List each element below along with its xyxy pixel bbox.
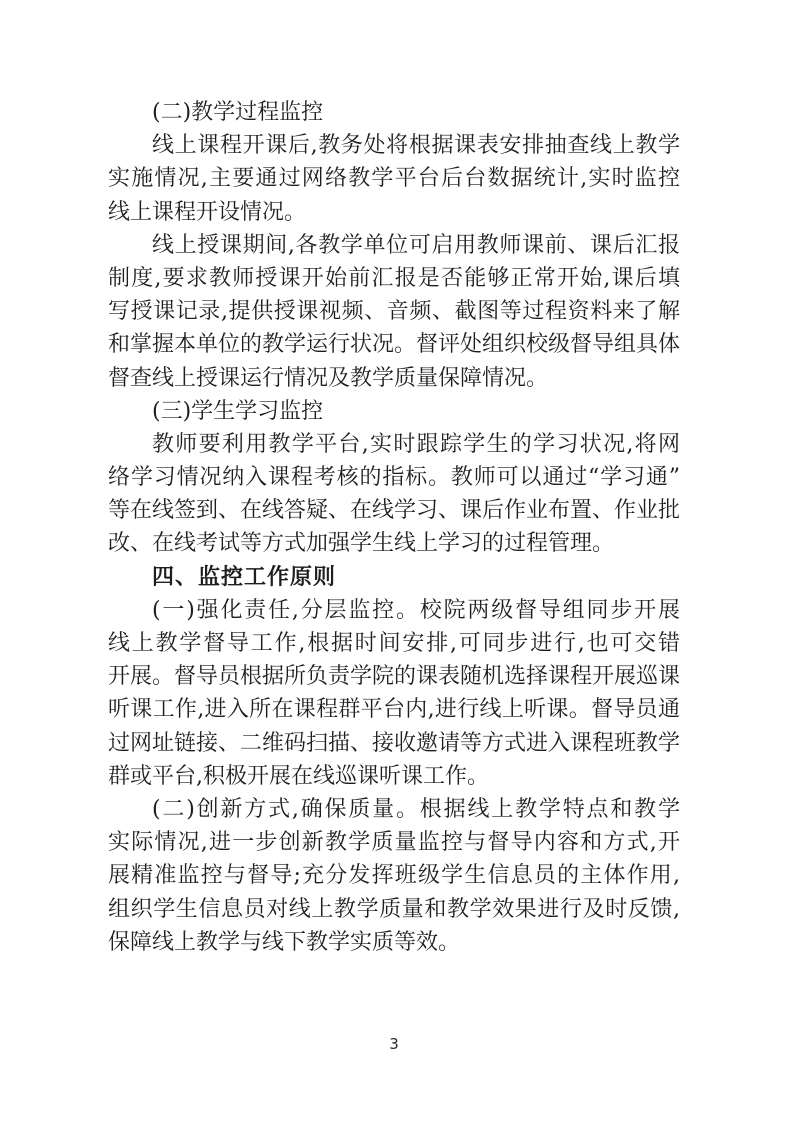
document-page: (二)教学过程监控线上课程开课后,教务处将根据课表安排抽查线上教学实施情况,主要… <box>0 0 793 1122</box>
body-paragraph-line: 络学习情况纳入课程考核的指标。教师可以通过“学习通” <box>108 461 680 494</box>
section-heading-4-line: 四、监控工作原则 <box>108 561 680 594</box>
body-paragraph-line: (一)强化责任,分层监控。校院两级督导组同步开展 <box>108 594 680 627</box>
body-paragraph-line: 听课工作,进入所在课程群平台内,进行线上听课。督导员通 <box>108 693 680 726</box>
subheading-3-line: (三)学生学习监控 <box>108 395 680 428</box>
body-paragraph-line: 过网址链接、二维码扫描、接收邀请等方式进入课程班教学 <box>108 727 680 760</box>
body-paragraph-line: (二)创新方式,确保质量。根据线上教学特点和教学 <box>108 793 680 826</box>
body-paragraph-line: 实施情况,主要通过网络教学平台后台数据统计,实时监控 <box>108 162 680 195</box>
subheading-2-line: (二)教学过程监控 <box>108 96 680 129</box>
document-body: (二)教学过程监控线上课程开课后,教务处将根据课表安排抽查线上教学实施情况,主要… <box>108 96 680 959</box>
body-paragraph-line: 线上授课期间,各教学单位可启用教师课前、课后汇报 <box>108 229 680 262</box>
body-paragraph-line: 线上教学督导工作,根据时间安排,可同步进行,也可交错 <box>108 627 680 660</box>
body-paragraph-line: 线上课程开课后,教务处将根据课表安排抽查线上教学 <box>108 129 680 162</box>
body-paragraph-line: 教师要利用教学平台,实时跟踪学生的学习状况,将网 <box>108 428 680 461</box>
page-number-footer: 3 <box>108 1034 680 1054</box>
body-paragraph-line: 展精准监控与督导;充分发挥班级学生信息员的主体作用, <box>108 859 680 892</box>
body-paragraph-line: 等在线签到、在线答疑、在线学习、课后作业布置、作业批 <box>108 494 680 527</box>
body-paragraph-line: 写授课记录,提供授课视频、音频、截图等过程资料来了解 <box>108 295 680 328</box>
body-paragraph-line: 改、在线考试等方式加强学生线上学习的过程管理。 <box>108 527 680 560</box>
body-paragraph-line: 和掌握本单位的教学运行状况。督评处组织校级督导组具体 <box>108 328 680 361</box>
body-paragraph-line: 开展。督导员根据所负责学院的课表随机选择课程开展巡课 <box>108 660 680 693</box>
body-paragraph-line: 线上课程开设情况。 <box>108 196 680 229</box>
body-paragraph-line: 实际情况,进一步创新教学质量监控与督导内容和方式,开 <box>108 826 680 859</box>
body-paragraph-line: 组织学生信息员对线上教学质量和教学效果进行及时反馈, <box>108 893 680 926</box>
body-paragraph-line: 保障线上教学与线下教学实质等效。 <box>108 926 680 959</box>
body-paragraph-line: 群或平台,积极开展在线巡课听课工作。 <box>108 760 680 793</box>
body-paragraph-line: 督查线上授课运行情况及教学质量保障情况。 <box>108 362 680 395</box>
body-paragraph-line: 制度,要求教师授课开始前汇报是否能够正常开始,课后填 <box>108 262 680 295</box>
